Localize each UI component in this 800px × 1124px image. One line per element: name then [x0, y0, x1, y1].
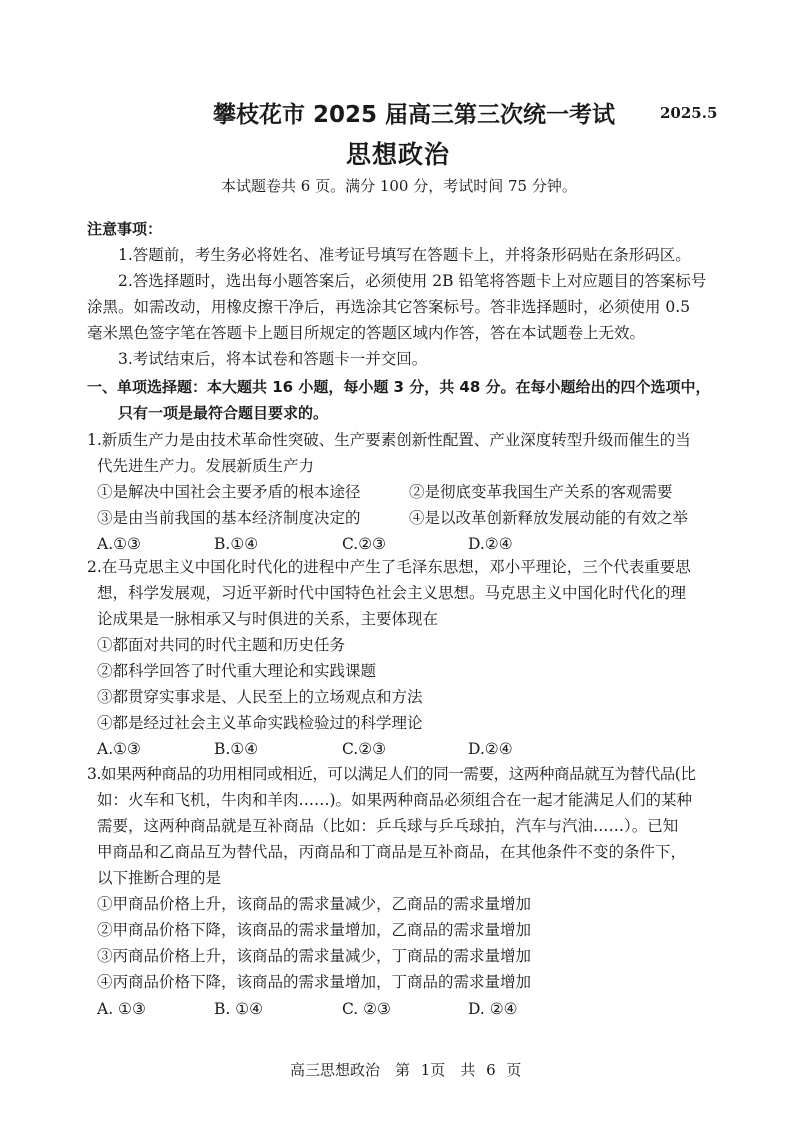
q3-choice-d[interactable]: D. ②④ — [468, 999, 518, 1019]
section-heading-cont: 只有一项是最符合题目要求的。 — [118, 403, 328, 423]
q1-choice-b[interactable]: B.①④ — [214, 534, 258, 554]
q2-statement-4: ④都是经过社会主义革命实践检验过的科学理论 — [97, 713, 423, 733]
subject-title: 思想政治 — [346, 135, 450, 171]
notice-item: 2.答选择题时，选出每小题答案后，必须使用 2B 铅笔将答题卡上对应题目的答案标… — [118, 271, 706, 291]
question-3-stem: 甲商品和乙商品互为替代品，丙商品和丁商品是互补商品，在其他条件不变的条件下， — [97, 842, 686, 862]
notice-item: 3.考试结束后，将本试卷和答题卡一并交回。 — [118, 349, 427, 369]
q3-choice-b[interactable]: B. ①④ — [214, 999, 263, 1019]
q2-choice-c[interactable]: C.②③ — [342, 739, 386, 759]
q3-statement-4: ④丙商品价格下降，该商品的需求量增加，丁商品的需求量增加 — [97, 972, 531, 992]
q1-statement-2: ②是彻底变革我国生产关系的客观需要 — [409, 482, 673, 502]
q2-statement-1: ①都面对共同的时代主题和历史任务 — [97, 635, 345, 655]
notice-item: 1.答题前，考生务必将姓名、准考证号填写在答题卡上，并将条形码贴在条形码区。 — [118, 245, 691, 265]
question-1-stem: 1.新质生产力是由技术革命性突破、生产要素创新性配置、产业深度转型升级而催生的当 — [87, 430, 691, 450]
q2-statement-2: ②都科学回答了时代重大理论和实践课题 — [97, 661, 376, 681]
q3-statement-3: ③丙商品价格上升，该商品的需求量减少，丁商品的需求量增加 — [97, 946, 531, 966]
question-3-stem: 如：火车和飞机，牛肉和羊肉……)。如果两种商品必须组合在一起才能满足人们的某种 — [97, 790, 692, 810]
exam-date: 2025.5 — [660, 104, 717, 122]
exam-title: 攀枝花市 2025 届高三第三次统一考试 — [213, 96, 615, 129]
q1-statement-1: ①是解决中国社会主要矛盾的根本途径 — [97, 482, 361, 502]
q2-choice-a[interactable]: A.①③ — [97, 739, 141, 759]
q1-statement-3: ③是由当前我国的基本经济制度决定的 — [97, 508, 361, 528]
question-2-stem: 论成果是一脉相承又与时俱进的关系，主要体现在 — [97, 609, 438, 629]
q3-choice-a[interactable]: A. ①③ — [97, 999, 146, 1019]
q1-statement-4: ④是以改革创新释放发展动能的有效之举 — [409, 508, 688, 528]
question-3-stem: 需要，这两种商品就是互补商品（比如：乒乓球与乒乓球拍，汽车与汽油……）。已知 — [97, 816, 678, 836]
notice-item: 毫米黑色签字笔在答题卡上题目所规定的答题区域内作答，答在本试题卷上无效。 — [87, 323, 645, 343]
q2-choice-b[interactable]: B.①④ — [214, 739, 258, 759]
q2-statement-3: ③都贯穿实事求是、人民至上的立场观点和方法 — [97, 687, 423, 707]
page-footer: 高三思想政治 第 1页 共 6 页 — [290, 1059, 521, 1080]
q2-choice-d[interactable]: D.②④ — [468, 739, 513, 759]
notice-item: 涂黑。如需改动，用橡皮擦干净后，再选涂其它答案标号。答非选择题时，必须使用 0.… — [87, 297, 690, 317]
question-2-stem: 2.在马克思主义中国化时代化的进程中产生了毛泽东思想，邓小平理论，三个代表重要思 — [87, 557, 691, 577]
notice-heading: 注意事项： — [87, 219, 162, 239]
q3-choice-c[interactable]: C. ②③ — [342, 999, 391, 1019]
q3-statement-2: ②甲商品价格下降，该商品的需求量增加，乙商品的需求量增加 — [97, 920, 531, 940]
q1-choice-d[interactable]: D.②④ — [468, 534, 513, 554]
question-2-stem: 想，科学发展观，习近平新时代中国特色社会主义思想。马克思主义中国化时代化的理 — [97, 583, 686, 603]
q3-statement-1: ①甲商品价格上升，该商品的需求量减少，乙商品的需求量增加 — [97, 894, 531, 914]
q1-choice-c[interactable]: C.②③ — [342, 534, 386, 554]
exam-info: 本试题卷共 6 页。满分 100 分，考试时间 75 分钟。 — [221, 175, 577, 196]
exam-page: 攀枝花市 2025 届高三第三次统一考试 2025.5 思想政治 本试题卷共 6… — [0, 0, 800, 1124]
section-heading: 一、单项选择题：本大题共 16 小题，每小题 3 分，共 48 分。在每小题给出… — [87, 377, 711, 397]
question-3-stem: 3.如果两种商品的功用相同或相近，可以满足人们的同一需要，这两种商品就互为替代品… — [87, 764, 696, 784]
q1-choice-a[interactable]: A.①③ — [97, 534, 141, 554]
question-3-stem: 以下推断合理的是 — [97, 868, 221, 888]
question-1-stem: 代先进生产力。发展新质生产力 — [97, 456, 314, 476]
